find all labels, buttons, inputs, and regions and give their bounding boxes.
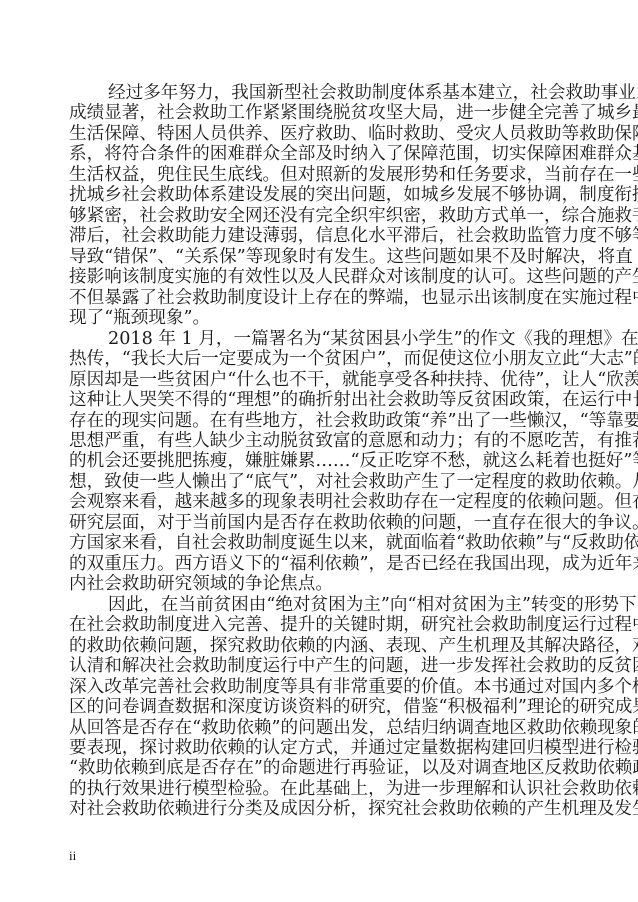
- text-line: “救助依赖到底是否存在”的命题进行再验证，以及对调查地区反救助依赖政策: [69, 758, 560, 778]
- paragraph-1: 经过多年努力，我国新型社会救助制度体系基本建立，社会救助事业发展 成绩显著，社会…: [69, 83, 560, 329]
- text-line: 滞后，社会救助能力建设薄弱，信息化水平滞后，社会救助监管力度不够等，: [69, 226, 560, 246]
- text-line: 生活保障、特困人员供养、医疗救助、临时救助、受灾人员救助等救助保障体: [69, 124, 560, 144]
- text-line: 现了“瓶颈现象”。: [69, 308, 560, 328]
- document-page: 经过多年努力，我国新型社会救助制度体系基本建立，社会救助事业发展 成绩显著，社会…: [0, 0, 638, 902]
- text-line: 要表现，探讨救助依赖的认定方式，并通过定量数据构建回归模型进行检验，对: [69, 738, 560, 758]
- text-line: 不但暴露了社会救助制度设计上存在的弊端，也显示出该制度在实施过程中出: [69, 288, 560, 308]
- text-line: 思想严重，有些人缺少主动脱贫致富的意愿和动力；有的不愿吃苦，有推荐工作: [69, 431, 560, 451]
- text-line: 会观察来看，越来越多的现象表明社会救助存在一定程度的依赖问题。但在学术: [69, 492, 560, 512]
- text-line: 的双重压力。西方语义下的“福利依赖”，是否已经在我国出现，成为近年来国: [69, 554, 560, 574]
- text-line: 系，将符合条件的困难群众全部及时纳入了保障范围，切实保障困难群众基本: [69, 144, 560, 164]
- paragraph-2: 2018 年 1 月，一篇署名为“某贫困县小学生”的作文《我的理想》在网络上 热…: [69, 329, 560, 595]
- text-line: 的机会还要挑肥拣瘦，嫌脏嫌累……“反正吃穿不愁，就这么耗着也挺好”等思: [69, 451, 560, 471]
- text-line: 导致“错保”、“关系保”等现象时有发生。这些问题如果不及时解决，将直: [69, 247, 560, 267]
- body-text: 经过多年努力，我国新型社会救助制度体系基本建立，社会救助事业发展 成绩显著，社会…: [69, 83, 560, 820]
- paragraph-3: 因此，在当前贫困由“绝对贫困为主”向“相对贫困为主”转变的形势下， 在社会救助制…: [69, 595, 560, 820]
- page-number: ii: [69, 848, 76, 864]
- text-line: 接影响该制度实施的有效性以及人民群众对该制度的认可。这些问题的产生，: [69, 267, 560, 287]
- text-line: 存在的现实问题。在有些地方，社会救助政策“养”出了一些懒汉，“等靠要”: [69, 411, 560, 431]
- text-line: 对社会救助依赖进行分类及成因分析，探究社会救助依赖的产生机理及发生根源，: [69, 799, 560, 819]
- text-line: 的救助依赖问题，探究救助依赖的内涵、表现、产生机理及其解决路径，对及时: [69, 636, 560, 656]
- text-line: 内社会救助研究领域的争论焦点。: [69, 574, 560, 594]
- text-line: 生活权益，兜住民生底线。但对照新的发展形势和任务要求，当前存在一些困: [69, 165, 560, 185]
- text-line: 扰城乡社会救助体系建设发展的突出问题，如城乡发展不够协调，制度衔接不: [69, 185, 560, 205]
- text-line: 成绩显著，社会救助工作紧紧围绕脱贫攻坚大局，进一步健全完善了城乡最低: [69, 103, 560, 123]
- text-line: 够紧密，社会救助安全网还没有完全织牢织密，救助方式单一，综合施救手段: [69, 206, 560, 226]
- text-line: 因此，在当前贫困由“绝对贫困为主”向“相对贫困为主”转变的形势下，: [69, 595, 560, 615]
- text-line: 深入改革完善社会救助制度等具有非常重要的价值。本书通过对国内多个样本地: [69, 677, 560, 697]
- text-line: 区的问卷调查数据和深度访谈资料的研究，借鉴“积极福利”理论的研究成果，: [69, 697, 560, 717]
- text-line: 的执行效果进行模型检验。在此基础上，为进一步理解和认识社会救助依赖问题，: [69, 779, 560, 799]
- text-line: 2018 年 1 月，一篇署名为“某贫困县小学生”的作文《我的理想》在网络上: [69, 329, 560, 349]
- text-line: 在社会救助制度进入完善、提升的关键时期，研究社会救助制度运行过程中产生: [69, 615, 560, 635]
- text-line: 原因却是一些贫困户“什么也不干，就能享受各种扶持、优待”，让人“欣羡”。: [69, 370, 560, 390]
- text-line: 从回答是否存在“救助依赖”的问题出发，总结归纳调查地区救助依赖现象的主: [69, 718, 560, 738]
- text-line: 热传，“我长大后一定要成为一个贫困户”，而促使这位小朋友立此“大志”的: [69, 349, 560, 369]
- text-line: 想，致使一些人懒出了“底气”，对社会救助产生了一定程度的救助依赖。从社: [69, 472, 560, 492]
- text-line: 经过多年努力，我国新型社会救助制度体系基本建立，社会救助事业发展: [69, 83, 560, 103]
- text-line: 这种让人哭笑不得的“理想”的确折射出社会救助等反贫困政策，在运行中长期: [69, 390, 560, 410]
- text-line: 研究层面，对于当前国内是否存在救助依赖的问题，一直存在很大的争议。从西: [69, 513, 560, 533]
- text-line: 认清和解决社会救助制度运行中产生的问题，进一步发挥社会救助的反贫困功能，: [69, 656, 560, 676]
- text-line: 方国家来看，自社会救助制度诞生以来，就面临着“救助依赖”与“反救助依赖”: [69, 533, 560, 553]
